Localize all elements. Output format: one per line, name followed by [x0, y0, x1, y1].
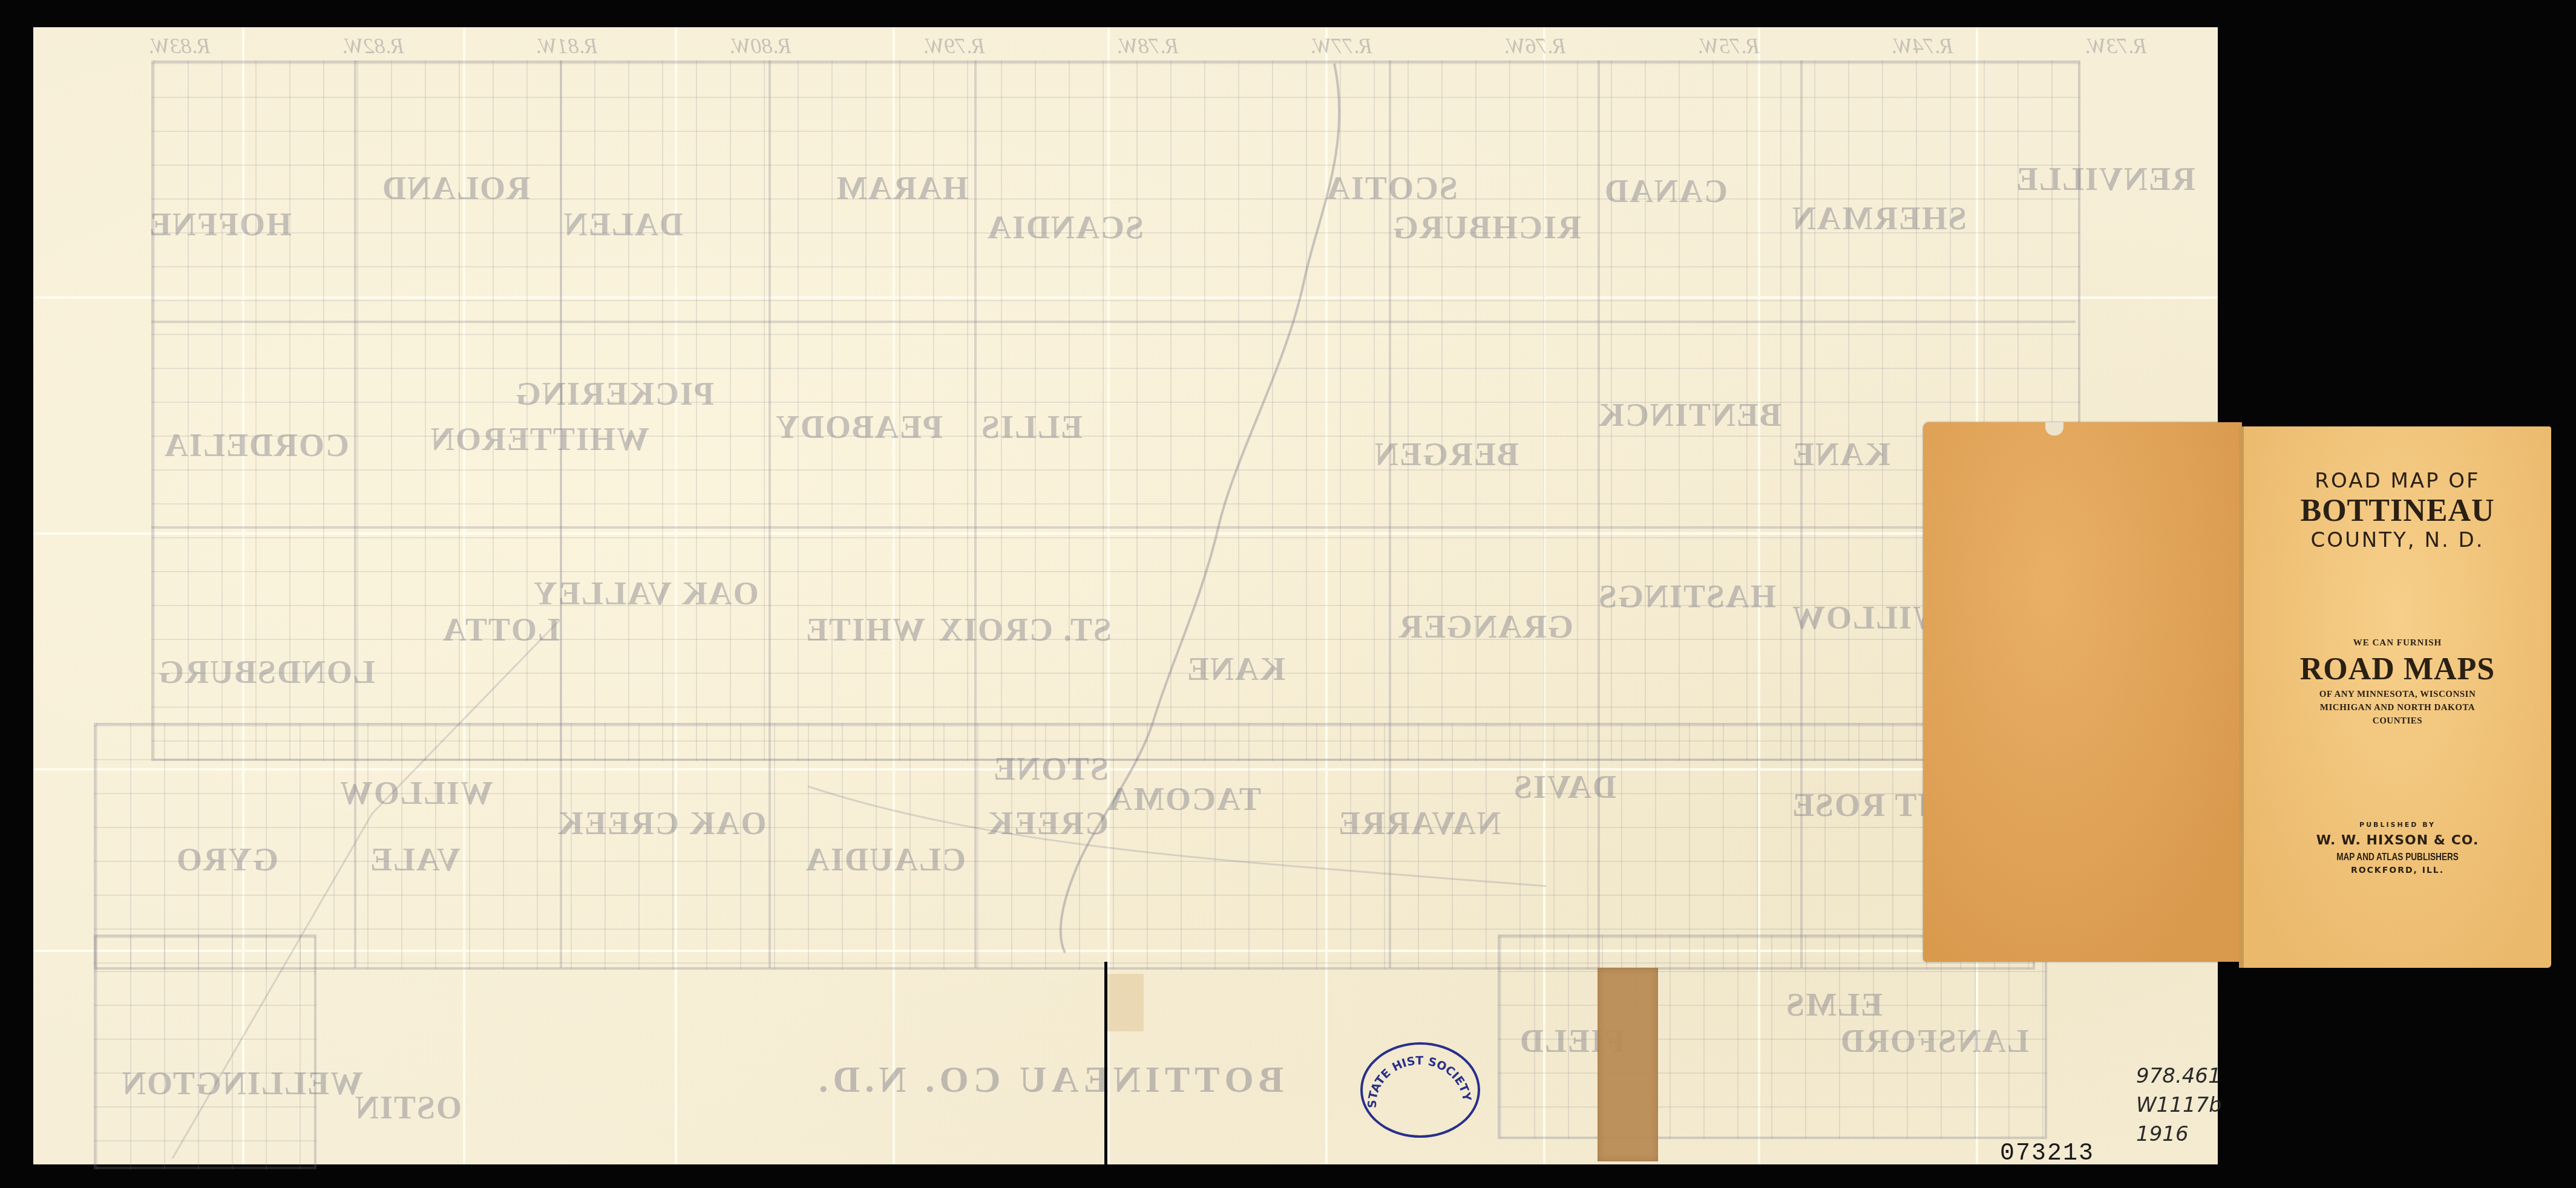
township-label: LOTTA — [442, 611, 560, 648]
township-label: DAVIS — [1513, 768, 1616, 806]
county-label-mirrored: BOTTINEAU CO. N.D. — [814, 1059, 1283, 1102]
township-label: GYRO — [175, 841, 278, 878]
range-label: R.83W. — [148, 33, 211, 59]
township-label: HOFFNE — [148, 206, 292, 243]
township-label: OAK CREEK — [557, 805, 767, 842]
township-label: PEABODY — [775, 408, 943, 446]
township-label: HARAM — [835, 169, 968, 207]
township-label: CLAUDIA — [805, 841, 966, 878]
call-number: 978.461 W1117b 1916 — [2136, 1062, 2221, 1149]
range-label: R.75W. — [1697, 33, 1760, 59]
cover-publisher: W. W. HIXSON & CO. — [2244, 833, 2551, 848]
township-label: RENVILLE — [2015, 160, 2195, 198]
township-label: WHITE — [805, 611, 925, 648]
cover-ad-states-line: MICHIGAN AND NORTH DAKOTA — [2244, 701, 2551, 714]
cover-published-by: PUBLISHED BY — [2244, 821, 2551, 829]
township-label: VALE — [369, 841, 460, 878]
range-label: R.82W. — [342, 33, 404, 59]
township-label: SCOTIA — [1325, 169, 1458, 207]
township-label: ELMS — [1785, 986, 1883, 1023]
cover-ad-states: OF ANY MINNESOTA, WISCONSIN MICHIGAN AND… — [2244, 688, 2551, 728]
cover-title-line1: ROAD MAP OF — [2244, 469, 2551, 493]
tape-residue — [1107, 974, 1144, 1031]
township-label: CREEK — [986, 805, 1109, 842]
cover-front-panel: ROAD MAP OF BOTTINEAU COUNTY, N. D. WE C… — [2244, 426, 2551, 968]
township-label: BENTINCK — [1598, 396, 1781, 434]
cover-title-line3: COUNTY, N. D. — [2244, 528, 2551, 552]
cover-back-panel — [1923, 422, 2242, 962]
township-label: OSTIN — [354, 1089, 462, 1126]
svg-text:STATE HIST SOCIETY OF ND: STATE HIST SOCIETY OF ND — [1360, 1042, 1473, 1108]
cover-ad-states-line: COUNTIES — [2244, 714, 2551, 728]
township-label: WELLINGTON — [121, 1065, 363, 1102]
township-label: GRANGER — [1398, 608, 1573, 645]
township-label: KANE — [1186, 650, 1285, 688]
cover-ad-intro: WE CAN FURNISH — [2244, 638, 2551, 648]
township-label: KANE — [1791, 436, 1890, 473]
cover-publisher-city: ROCKFORD, ILL. — [2244, 866, 2551, 875]
township-label: SCANDIA — [986, 209, 1144, 246]
township-label: ST. CROIX — [938, 611, 1112, 648]
township-label: WILLOW — [1791, 599, 1945, 636]
range-label: R.73W. — [2085, 33, 2147, 59]
township-label: ROLAND — [381, 169, 530, 207]
accession-number: 073213 — [2000, 1140, 2094, 1167]
township-label: CORDELIA — [163, 426, 349, 464]
repair-tape — [1598, 968, 1658, 1161]
call-number-class: 978.461 — [2136, 1062, 2221, 1091]
call-number-cutter: W1117b — [2136, 1091, 2221, 1120]
stamp-text: STATE HIST SOCIETY OF ND — [1360, 1042, 1473, 1108]
range-label: R.78W. — [1116, 33, 1179, 59]
township-label: RICHBURG — [1392, 209, 1581, 246]
township-label: PICKERING — [514, 375, 714, 413]
township-label: SHERMAN — [1791, 200, 1967, 237]
township-label: DALEN — [563, 206, 683, 243]
township-label: TACOMA — [1107, 780, 1261, 818]
cover-ad-states-line: OF ANY MINNESOTA, WISCONSIN — [2244, 688, 2551, 701]
township-label: OAK VALLEY — [533, 575, 759, 612]
township-label: LANSFORD — [1840, 1022, 2029, 1060]
township-label: STONE — [992, 750, 1109, 788]
range-label: R.76W. — [1504, 33, 1566, 59]
township-label: NAVARRE — [1337, 805, 1501, 842]
township-label: WILLOW — [339, 774, 493, 812]
range-label: R.79W. — [923, 33, 985, 59]
range-label: R.81W. — [536, 33, 598, 59]
township-label: CANAD — [1604, 172, 1728, 210]
range-label: R.74W. — [1891, 33, 1953, 59]
township-label: WHITTERON — [430, 420, 649, 458]
range-label: R.77W. — [1310, 33, 1372, 59]
township-label: ELLIS — [980, 408, 1083, 446]
township-label: LONDSBURG — [157, 653, 375, 691]
township-label: HASTINGS — [1598, 578, 1776, 615]
cover-title-county: BOTTINEAU — [2244, 493, 2551, 529]
cover-ad-headline: ROAD MAPS — [2244, 651, 2551, 687]
range-label: R.80W. — [729, 33, 791, 59]
call-number-year: 1916 — [2136, 1120, 2221, 1149]
map-sheet: R.73W.R.74W.R.75W.R.76W.R.77W.R.78W.R.79… — [33, 27, 2218, 1164]
cover-publisher-tagline: MAP AND ATLAS PUBLISHERS — [2275, 851, 2520, 863]
library-stamp: STATE HIST SOCIETY OF ND — [1360, 1042, 1480, 1138]
township-label: BERGEN — [1374, 436, 1519, 473]
